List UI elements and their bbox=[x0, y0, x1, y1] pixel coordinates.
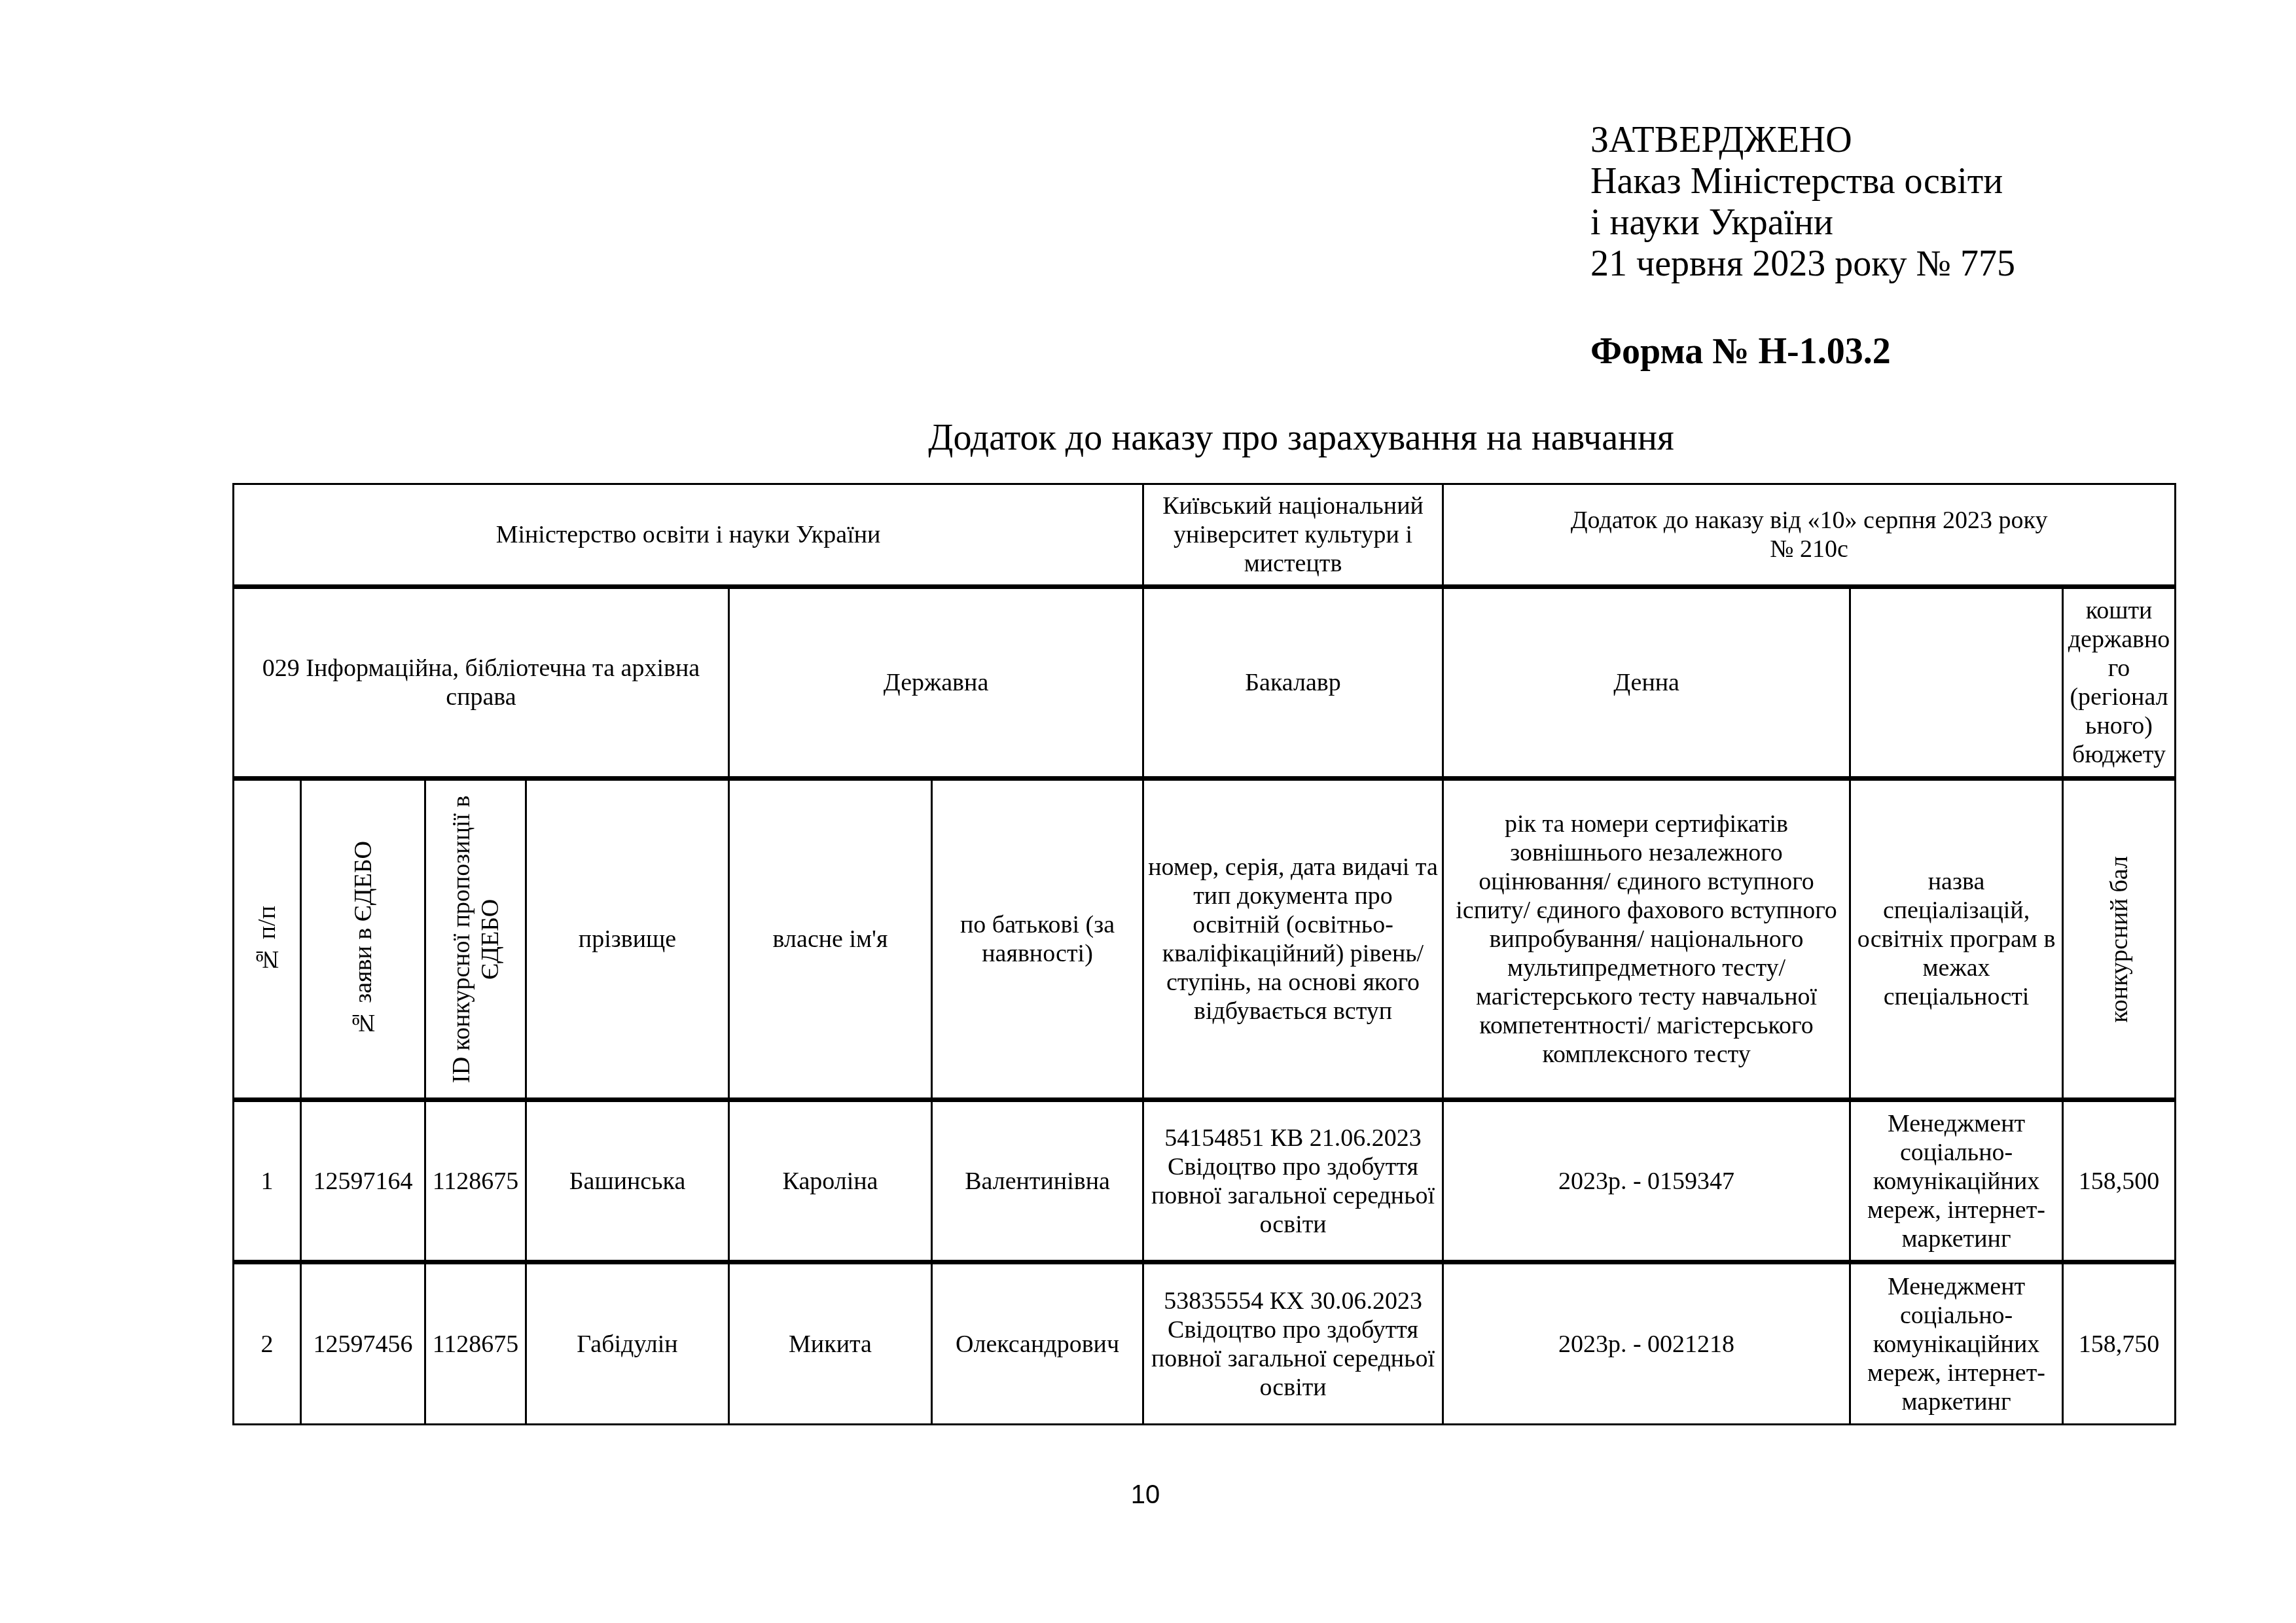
order-cell: Додаток до наказу від «10» серпня 2023 р… bbox=[1443, 484, 2176, 587]
cell-number: 2 bbox=[234, 1262, 301, 1425]
enrollment-table: Міністерство освіти і науки України Київ… bbox=[232, 483, 2176, 1425]
col-header-application: № заяви в ЄДЕБО bbox=[301, 779, 425, 1100]
col-header-patronymic: по батькові (за наявності) bbox=[932, 779, 1143, 1100]
column-header-row: № п/п № заяви в ЄДЕБО ID конкурсної проп… bbox=[234, 779, 2176, 1100]
degree-cell: Бакалавр bbox=[1143, 587, 1443, 779]
cell-document: 53835554 КХ 30.06.2023 Свідоцтво про здо… bbox=[1143, 1262, 1443, 1425]
org-row: Міністерство освіти і науки України Київ… bbox=[234, 484, 2176, 587]
study-form-cell: Денна bbox=[1443, 587, 1850, 779]
col-header-offer-id: ID конкурсної пропозиції в ЄДЕБО bbox=[425, 779, 526, 1100]
cell-program: Менеджмент соціально-комунікаційних мере… bbox=[1850, 1100, 2063, 1262]
order-number: № 210с bbox=[1448, 535, 2170, 563]
cell-offer-id: 1128675 bbox=[425, 1100, 526, 1262]
cell-patronymic: Олександрович bbox=[932, 1262, 1143, 1425]
approval-line: ЗАТВЕРДЖЕНО bbox=[1590, 120, 2015, 161]
specialty-cell: 029 Інформаційна, бібліотечна та архівна… bbox=[234, 587, 729, 779]
approval-line: 21 червня 2023 року № 775 bbox=[1590, 243, 2015, 285]
col-header-first-name: власне ім'я bbox=[729, 779, 932, 1100]
cell-certificates: 2023р. - 0159347 bbox=[1443, 1100, 1850, 1262]
approval-line: і науки України bbox=[1590, 202, 2015, 243]
cell-offer-id: 1128675 bbox=[425, 1262, 526, 1425]
ministry-cell: Міністерство освіти і науки України bbox=[234, 484, 1143, 587]
col-header-label: конкурсний бал bbox=[2105, 856, 2134, 1023]
cell-number: 1 bbox=[234, 1100, 301, 1262]
funding-cell: кошти державного (регіонального) бюджету bbox=[2063, 587, 2176, 779]
page-number: 10 bbox=[1080, 1480, 1211, 1510]
approval-line: Наказ Міністерства освіти bbox=[1590, 161, 2015, 202]
cell-program: Менеджмент соціально-комунікаційних мере… bbox=[1850, 1262, 2063, 1425]
col-header-certificates: рік та номери сертифікатів зовнішнього н… bbox=[1443, 779, 1850, 1100]
ownership-cell: Державна bbox=[729, 587, 1143, 779]
approval-block: ЗАТВЕРДЖЕНО Наказ Міністерства освіти і … bbox=[1590, 120, 2015, 285]
specialty-row: 029 Інформаційна, бібліотечна та архівна… bbox=[234, 587, 2176, 779]
cell-application-id: 12597164 bbox=[301, 1100, 425, 1262]
cell-score: 158,750 bbox=[2063, 1262, 2176, 1425]
cell-first-name: Микита bbox=[729, 1262, 932, 1425]
cell-patronymic: Валентинівна bbox=[932, 1100, 1143, 1262]
institution-cell: Київський національний університет культ… bbox=[1143, 484, 1443, 587]
cell-certificates: 2023р. - 0021218 bbox=[1443, 1262, 1850, 1425]
form-number: Форма № Н-1.03.2 bbox=[1590, 330, 1891, 372]
table-row: 2 12597456 1128675 Габідулін Микита Олек… bbox=[234, 1262, 2176, 1425]
cell-first-name: Кароліна bbox=[729, 1100, 932, 1262]
col-header-surname: прізвище bbox=[526, 779, 729, 1100]
col-header-score: конкурсний бал bbox=[2063, 779, 2176, 1100]
col-header-label: № заяви в ЄДЕБО bbox=[349, 841, 378, 1037]
cell-score: 158,500 bbox=[2063, 1100, 2176, 1262]
specialization-cell bbox=[1850, 587, 2063, 779]
cell-application-id: 12597456 bbox=[301, 1262, 425, 1425]
cell-document: 54154851 КВ 21.06.2023 Свідоцтво про здо… bbox=[1143, 1100, 1443, 1262]
order-reference: Додаток до наказу від «10» серпня 2023 р… bbox=[1448, 506, 2170, 535]
cell-surname: Габідулін bbox=[526, 1262, 729, 1425]
col-header-document: номер, серія, дата видачі та тип докумен… bbox=[1143, 779, 1443, 1100]
col-header-program: назва спеціалізацій, освітніх програм в … bbox=[1850, 779, 2063, 1100]
table-row: 1 12597164 1128675 Башинська Кароліна Ва… bbox=[234, 1100, 2176, 1262]
document-title: Додаток до наказу про зарахування на нав… bbox=[0, 417, 2296, 459]
col-header-label: ID конкурсної пропозиції в ЄДЕБО bbox=[447, 785, 505, 1093]
cell-surname: Башинська bbox=[526, 1100, 729, 1262]
col-header-number: № п/п bbox=[234, 779, 301, 1100]
col-header-label: № п/п bbox=[253, 906, 281, 973]
